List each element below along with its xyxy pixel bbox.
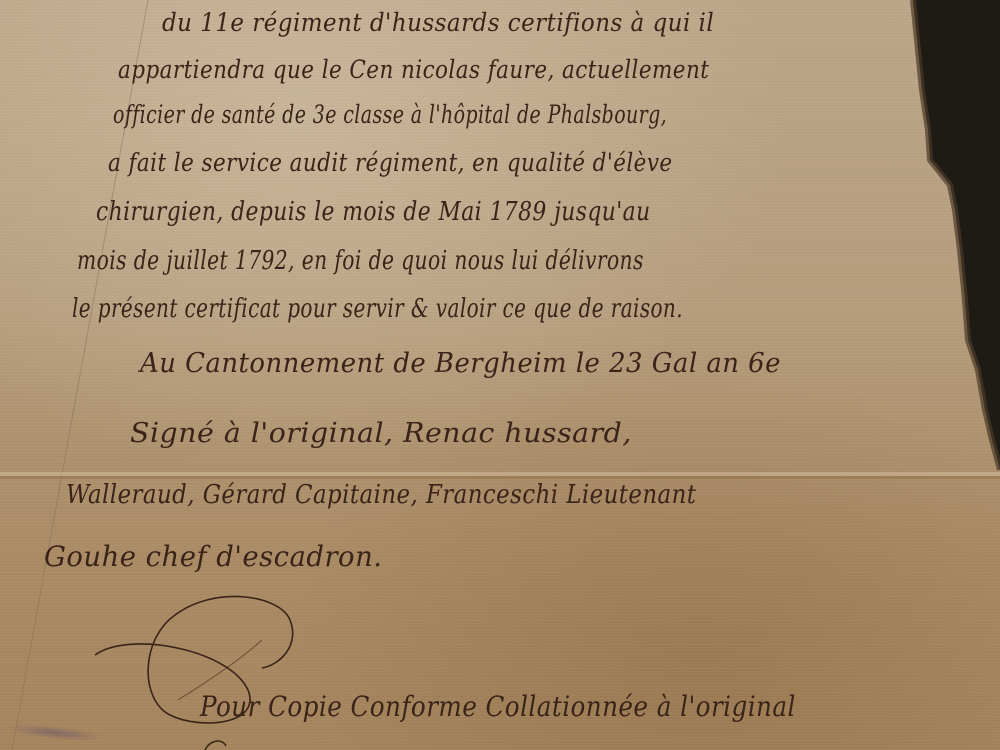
text-line-2: appartiendra que le Cen nicolas faure, a… (118, 55, 709, 84)
text-line-1: du 11e régiment d'hussards certifions à … (162, 8, 714, 37)
text-line-11-chef: Gouhe chef d'escadron. (44, 540, 382, 573)
text-line-7: le présent certificat pour servir & valo… (72, 294, 683, 324)
text-line-3: officier de santé de 3e classe à l'hôpit… (113, 100, 667, 129)
document-photo: du 11e régiment d'hussards certifions à … (0, 0, 1000, 750)
text-line-10-signatures: Walleraud, Gérard Capitaine, Franceschi … (66, 480, 696, 510)
text-line-12-copy-certification: Pour Copie Conforme Collationnée à l'ori… (200, 690, 796, 723)
text-line-5: chirurgien, depuis le mois de Mai 1789 j… (96, 197, 651, 227)
partial-letter-stroke (205, 741, 226, 750)
text-line-4: a fait le service audit régiment, en qua… (108, 148, 673, 177)
fold-highlight (0, 472, 1000, 476)
fold-shadow (0, 476, 1000, 479)
text-line-6: mois de juillet 1792, en foi de quoi nou… (77, 246, 644, 276)
text-line-9-signed: Signé à l'original, Renac hussard, (130, 418, 632, 449)
text-line-8-date-place: Au Cantonnement de Bergheim le 23 Gal an… (140, 348, 781, 379)
